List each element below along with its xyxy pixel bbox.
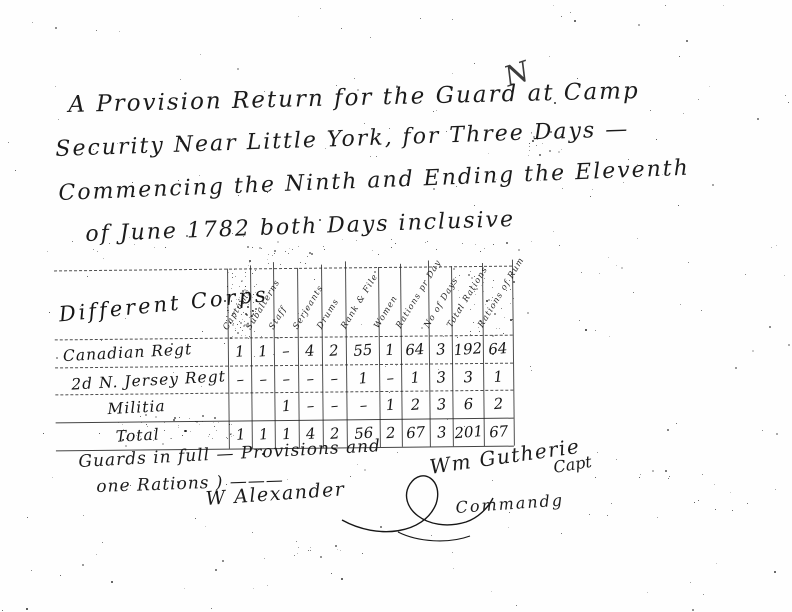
scan-noise-dot [230, 322, 231, 323]
scan-noise-dot [234, 269, 235, 270]
scan-noise-dot [536, 145, 537, 146]
table-cell: – [359, 396, 368, 415]
scan-noise-dot [679, 56, 680, 57]
scan-noise-dot [26, 608, 28, 610]
scan-noise-dot [58, 119, 59, 120]
scan-noise-dot [442, 349, 443, 350]
scan-noise-dot [171, 438, 172, 439]
scan-noise-dot [475, 244, 476, 245]
scan-noise-dot [650, 110, 651, 111]
scan-noise-dot [180, 141, 181, 142]
scan-noise-dot [239, 321, 240, 322]
scan-noise-dot [186, 235, 188, 237]
scan-noise-dot [553, 5, 554, 6]
scan-noise-dot [608, 257, 609, 258]
scan-noise-dot [249, 262, 250, 263]
table-cell: 3 [436, 423, 447, 442]
scan-noise-dot [732, 510, 733, 511]
scan-noise-dot [558, 151, 560, 153]
scan-noise-dot [155, 416, 157, 418]
scan-noise-dot [665, 470, 667, 472]
scan-noise-dot [15, 170, 16, 171]
scan-noise-dot [80, 306, 81, 307]
scan-noise-dot [484, 248, 485, 249]
scan-noise-dot [553, 231, 554, 232]
scan-noise-dot [559, 245, 560, 246]
scan-noise-dot [456, 186, 457, 187]
scan-noise-dot [298, 547, 299, 548]
scan-noise-dot [372, 250, 373, 251]
scan-noise-dot [771, 247, 772, 248]
scan-noise-dot [227, 286, 228, 287]
scan-noise-dot [231, 436, 232, 437]
scan-noise-dot [692, 609, 694, 611]
scan-noise-dot [690, 582, 691, 583]
scan-noise-dot [532, 140, 534, 142]
scan-noise-dot [491, 591, 492, 592]
scan-noise-dot [396, 85, 398, 87]
scan-noise-dot [370, 156, 371, 157]
scan-noise-dot [376, 156, 377, 157]
scan-noise-dot [130, 485, 131, 486]
scan-noise-dot [476, 288, 478, 290]
scan-noise-dot [305, 263, 306, 264]
scan-noise-dot [518, 249, 520, 251]
scan-noise-dot [341, 28, 342, 29]
table-cell: 67 [406, 423, 426, 442]
scan-noise-dot [694, 502, 695, 503]
scan-noise-dot [470, 334, 471, 335]
scan-noise-dot [561, 533, 562, 534]
table-cell: 201 [453, 422, 483, 442]
scan-noise-dot [307, 256, 308, 257]
scan-noise-dot [492, 335, 494, 337]
row-label: 2d N. Jersey Regt [71, 367, 226, 393]
scan-noise-dot [714, 484, 715, 485]
row-label: Militia [107, 397, 166, 418]
scan-noise-dot [97, 251, 98, 252]
scan-noise-dot [93, 249, 94, 250]
table-cell: – [330, 396, 339, 415]
scan-noise-dot [43, 433, 44, 434]
scan-noise-dot [246, 314, 248, 316]
scan-noise-dot [391, 239, 392, 240]
scan-noise-dot [96, 30, 97, 31]
scan-noise-dot [200, 54, 201, 55]
scan-noise-dot [261, 248, 262, 249]
scan-noise-dot [512, 319, 513, 320]
provision-table: Different Corps CaptainsSubalternsStaffS… [54, 263, 521, 460]
scan-noise-dot [341, 578, 343, 580]
table-cell: – [306, 396, 315, 415]
scan-noise-dot [528, 155, 529, 156]
scan-noise-dot [712, 184, 714, 186]
scan-noise-dot [252, 532, 253, 533]
scan-noise-dot [273, 354, 274, 355]
scan-noise-dot [550, 131, 552, 133]
scan-noise-dot [243, 312, 244, 313]
scan-noise-dot [788, 344, 790, 346]
scan-noise-dot [510, 319, 512, 321]
scan-noise-dot [639, 477, 640, 478]
scan-noise-dot [180, 79, 181, 80]
scan-noise-dot [82, 564, 84, 566]
scan-noise-dot [468, 274, 470, 276]
scan-noise-dot [213, 422, 214, 423]
scan-noise-dot [676, 423, 677, 424]
scan-noise-dot [494, 303, 495, 304]
scan-noise-dot [357, 464, 358, 465]
scan-noise-dot [241, 314, 242, 315]
scan-noise-dot [595, 330, 596, 331]
scan-noise-dot [226, 484, 227, 485]
scan-noise-dot [233, 435, 234, 436]
scan-noise-dot [562, 188, 563, 189]
scan-noise-dot [141, 422, 142, 423]
scan-noise-dot [667, 429, 669, 431]
scan-noise-dot [480, 251, 481, 252]
scan-noise-dot [165, 247, 166, 248]
scan-noise-dot [752, 350, 754, 352]
scan-noise-dot [150, 439, 151, 440]
scan-noise-dot [364, 469, 366, 471]
table-cell: 1 [385, 396, 396, 415]
scan-noise-dot [471, 277, 473, 279]
scan-noise-dot [296, 541, 297, 542]
scan-noise-dot [216, 430, 217, 431]
scan-noise-dot [595, 477, 596, 478]
table-cell: 192 [452, 339, 482, 359]
scan-noise-dot [147, 426, 148, 427]
scan-noise-dot [249, 317, 250, 318]
scan-noise-dot [769, 326, 771, 328]
scan-noise-dot [316, 485, 317, 486]
table-cell: 3 [462, 367, 473, 386]
scan-noise-dot [47, 251, 48, 252]
scan-noise-dot [452, 19, 453, 20]
scan-noise-dot [184, 588, 185, 589]
scan-noise-dot [716, 563, 717, 564]
scan-noise-dot [611, 503, 612, 504]
scan-noise-dot [308, 550, 309, 551]
scan-noise-dot [683, 113, 684, 114]
scan-noise-dot [637, 238, 638, 239]
scan-noise-dot [294, 555, 295, 556]
scan-noise-dot [8, 142, 9, 143]
scan-noise-dot [730, 492, 731, 493]
scan-noise-dot [508, 527, 509, 528]
scan-noise-dot [259, 247, 261, 249]
scan-noise-dot [396, 365, 397, 366]
scan-noise-dot [354, 78, 355, 79]
scan-noise-dot [32, 22, 33, 23]
scan-noise-dot [178, 427, 179, 428]
table-cell: 6 [462, 395, 473, 414]
scan-noise-dot [255, 300, 256, 301]
scan-noise-dot [311, 253, 313, 255]
scan-noise-dot [55, 27, 57, 29]
scan-noise-dot [103, 258, 104, 259]
table-cell: 1 [234, 342, 245, 361]
scan-noise-dot [703, 594, 704, 595]
scan-noise-dot [686, 40, 688, 42]
scan-noise-dot [475, 294, 476, 295]
scan-noise-dot [496, 179, 497, 180]
table-cell: 1 [257, 342, 268, 361]
scan-noise-dot [287, 479, 288, 480]
scan-noise-dot [436, 110, 437, 111]
scan-noise-dot [237, 307, 238, 308]
table-cell: 3 [435, 340, 446, 359]
scan-noise-dot [249, 260, 251, 262]
scan-noise-dot [205, 526, 206, 527]
scan-noise-dot [745, 274, 746, 275]
scan-noise-dot [657, 517, 658, 518]
scan-noise-dot [218, 422, 219, 423]
scan-noise-dot [762, 430, 763, 431]
scan-noise-dot [665, 5, 666, 6]
scan-noise-dot [119, 31, 120, 32]
scan-noise-dot [252, 247, 253, 248]
scan-noise-dot [248, 304, 249, 305]
scan-noise-dot [96, 554, 97, 555]
scan-noise-dot [474, 63, 475, 64]
scan-noise-dot [243, 236, 244, 237]
table-cell: 3 [435, 368, 446, 387]
scan-noise-dot [320, 8, 321, 9]
scan-noise-dot [698, 99, 699, 100]
scan-noise-dot [669, 476, 670, 477]
scan-noise-dot [509, 512, 510, 513]
scan-noise-dot [542, 143, 543, 144]
scan-noise-dot [709, 86, 710, 87]
scan-noise-dot [511, 274, 512, 275]
table-cell: 2 [410, 395, 421, 414]
scan-noise-dot [647, 592, 648, 593]
table-cell: 1 [493, 367, 504, 386]
scan-noise-dot [531, 133, 532, 134]
scan-noise-dot [785, 95, 786, 96]
scanned-document-page: A Provision Return for the Guard at Camp… [0, 0, 792, 612]
scan-noise-dot [117, 143, 118, 144]
scan-noise-dot [132, 182, 133, 183]
scan-noise-dot [102, 542, 103, 543]
scan-noise-dot [211, 608, 212, 609]
scan-noise-dot [570, 12, 571, 13]
scan-noise-dot [420, 18, 421, 19]
scan-noise-dot [496, 328, 497, 329]
scan-noise-dot [318, 94, 319, 95]
scan-noise-dot [452, 316, 453, 317]
scan-noise-dot [427, 241, 428, 242]
scan-noise-dot [776, 245, 777, 246]
scan-noise-dot [458, 307, 460, 309]
scan-noise-dot [253, 588, 254, 589]
scan-noise-dot [262, 453, 264, 455]
scan-noise-dot [637, 164, 638, 165]
scan-noise-dot [484, 278, 485, 279]
scan-noise-dot [747, 503, 748, 504]
scan-noise-dot [164, 430, 165, 431]
scan-noise-dot [715, 509, 716, 510]
scan-noise-dot [323, 246, 324, 247]
scan-noise-dot [735, 367, 737, 369]
document-title-line-2: Security Near Little York, for Three Day… [55, 117, 630, 162]
scan-noise-dot [237, 324, 238, 325]
scan-noise-dot [212, 438, 213, 439]
scan-noise-dot [300, 262, 301, 263]
scan-noise-dot [452, 73, 453, 74]
document-title-line-3: Commencing the Ninth and Ending the Elev… [58, 156, 690, 206]
table-cell: 3 [435, 395, 446, 414]
scan-noise-dot [285, 251, 286, 252]
scan-noise-dot [473, 322, 474, 323]
scan-noise-dot [55, 86, 56, 87]
table-cell: – [330, 369, 339, 388]
scan-noise-dot [256, 294, 257, 295]
scan-noise-dot [201, 386, 202, 387]
scan-noise-dot [638, 24, 640, 26]
scan-noise-dot [298, 246, 299, 247]
scan-noise-dot [529, 146, 530, 147]
table-cell: 64 [405, 340, 425, 359]
table-cell: 1 [281, 397, 292, 416]
scan-noise-dot [633, 292, 634, 293]
scan-noise-dot [232, 324, 234, 326]
scan-noise-dot [504, 317, 505, 318]
scan-noise-dot [83, 515, 84, 516]
scan-noise-dot [261, 336, 262, 337]
scan-noise-dot [356, 240, 357, 241]
scan-noise-dot [314, 279, 315, 280]
scan-noise-dot [195, 518, 196, 519]
scan-noise-dot [255, 308, 257, 310]
scan-noise-dot [488, 153, 489, 154]
table-cell: – [282, 369, 291, 388]
scan-noise-dot [433, 111, 434, 112]
scan-noise-dot [320, 556, 322, 558]
scan-noise-dot [397, 89, 398, 90]
scan-noise-dot [539, 154, 541, 156]
scan-noise-dot [623, 182, 624, 183]
scan-noise-dot [680, 304, 681, 305]
scan-noise-dot [597, 452, 598, 453]
scan-noise-dot [171, 343, 173, 345]
scan-noise-dot [370, 37, 371, 38]
scan-noise-dot [154, 247, 155, 248]
table-cell: 64 [488, 339, 508, 358]
scan-noise-dot [253, 302, 254, 303]
scan-noise-dot [788, 102, 789, 103]
scan-noise-dot [757, 118, 759, 120]
scan-noise-dot [298, 16, 299, 17]
table-cell: 55 [352, 340, 372, 359]
table-cell: 2 [328, 341, 339, 360]
scan-noise-dot [599, 273, 600, 274]
row-label: Canadian Regt [63, 340, 193, 365]
table-cell: – [306, 369, 315, 388]
scan-noise-dot [268, 263, 269, 264]
scan-noise-dot [462, 243, 463, 244]
scan-noise-dot [607, 515, 608, 516]
scan-noise-dot [531, 132, 532, 133]
scan-noise-dot [640, 474, 641, 475]
scan-noise-dot [531, 370, 532, 371]
scan-noise-dot [609, 336, 610, 337]
scan-noise-dot [255, 292, 256, 293]
scan-noise-dot [129, 237, 130, 238]
scan-noise-dot [227, 307, 228, 308]
scan-noise-dot [662, 174, 663, 175]
scan-noise-dot [590, 196, 591, 197]
scan-noise-dot [190, 431, 191, 432]
scan-noise-dot [250, 311, 251, 312]
scan-noise-dot [224, 343, 225, 344]
scan-noise-dot [237, 68, 239, 70]
scan-noise-dot [238, 299, 239, 300]
scan-noise-dot [310, 547, 311, 548]
scan-noise-dot [232, 336, 233, 337]
table-cell: 2 [385, 424, 396, 443]
scan-noise-dot [362, 553, 363, 554]
table-cell: – [258, 369, 267, 388]
table-cell: – [235, 370, 244, 389]
scan-noise-dot [592, 189, 593, 190]
scan-noise-dot [656, 139, 657, 140]
scan-noise-dot [267, 585, 268, 586]
scan-noise-dot [145, 414, 147, 416]
document-title-line-4: of June 1782 both Days inclusive [85, 207, 515, 247]
scan-noise-dot [391, 247, 392, 248]
scan-noise-dot [111, 581, 113, 583]
scan-noise-dot [336, 85, 337, 86]
scan-noise-dot [678, 205, 679, 206]
scan-noise-dot [537, 139, 538, 140]
scan-noise-dot [493, 244, 494, 245]
scan-noise-dot [280, 264, 281, 265]
scan-noise-dot [324, 249, 325, 250]
scan-noise-dot [453, 268, 455, 270]
scan-noise-dot [616, 265, 617, 266]
scan-noise-dot [331, 573, 332, 574]
scan-noise-dot [395, 243, 396, 244]
scan-noise-dot [264, 558, 265, 559]
scan-noise-dot [512, 272, 513, 273]
scan-noise-dot [776, 433, 778, 435]
document-title-line-1: A Provision Return for the Guard at Camp [68, 78, 640, 118]
scan-noise-dot [229, 424, 230, 425]
scan-noise-dot [436, 249, 437, 250]
scan-noise-dot [93, 149, 94, 150]
scan-noise-dot [247, 246, 249, 248]
table-cell: – [386, 368, 395, 387]
scan-noise-dot [351, 315, 352, 316]
scan-noise-dot [254, 356, 255, 357]
scan-noise-dot [516, 605, 517, 606]
scan-noise-dot [723, 5, 724, 6]
scan-noise-dot [488, 299, 490, 301]
scan-noise-dot [226, 320, 227, 321]
scan-noise-dot [2, 610, 3, 611]
scan-noise-dot [561, 16, 562, 17]
scan-noise-dot [271, 295, 272, 296]
scan-noise-dot [49, 312, 50, 313]
scan-noise-dot [668, 478, 669, 479]
scan-noise-dot [179, 417, 180, 418]
scan-noise-dot [374, 271, 376, 273]
scan-noise-dot [254, 331, 255, 332]
scan-noise-dot [581, 272, 582, 273]
